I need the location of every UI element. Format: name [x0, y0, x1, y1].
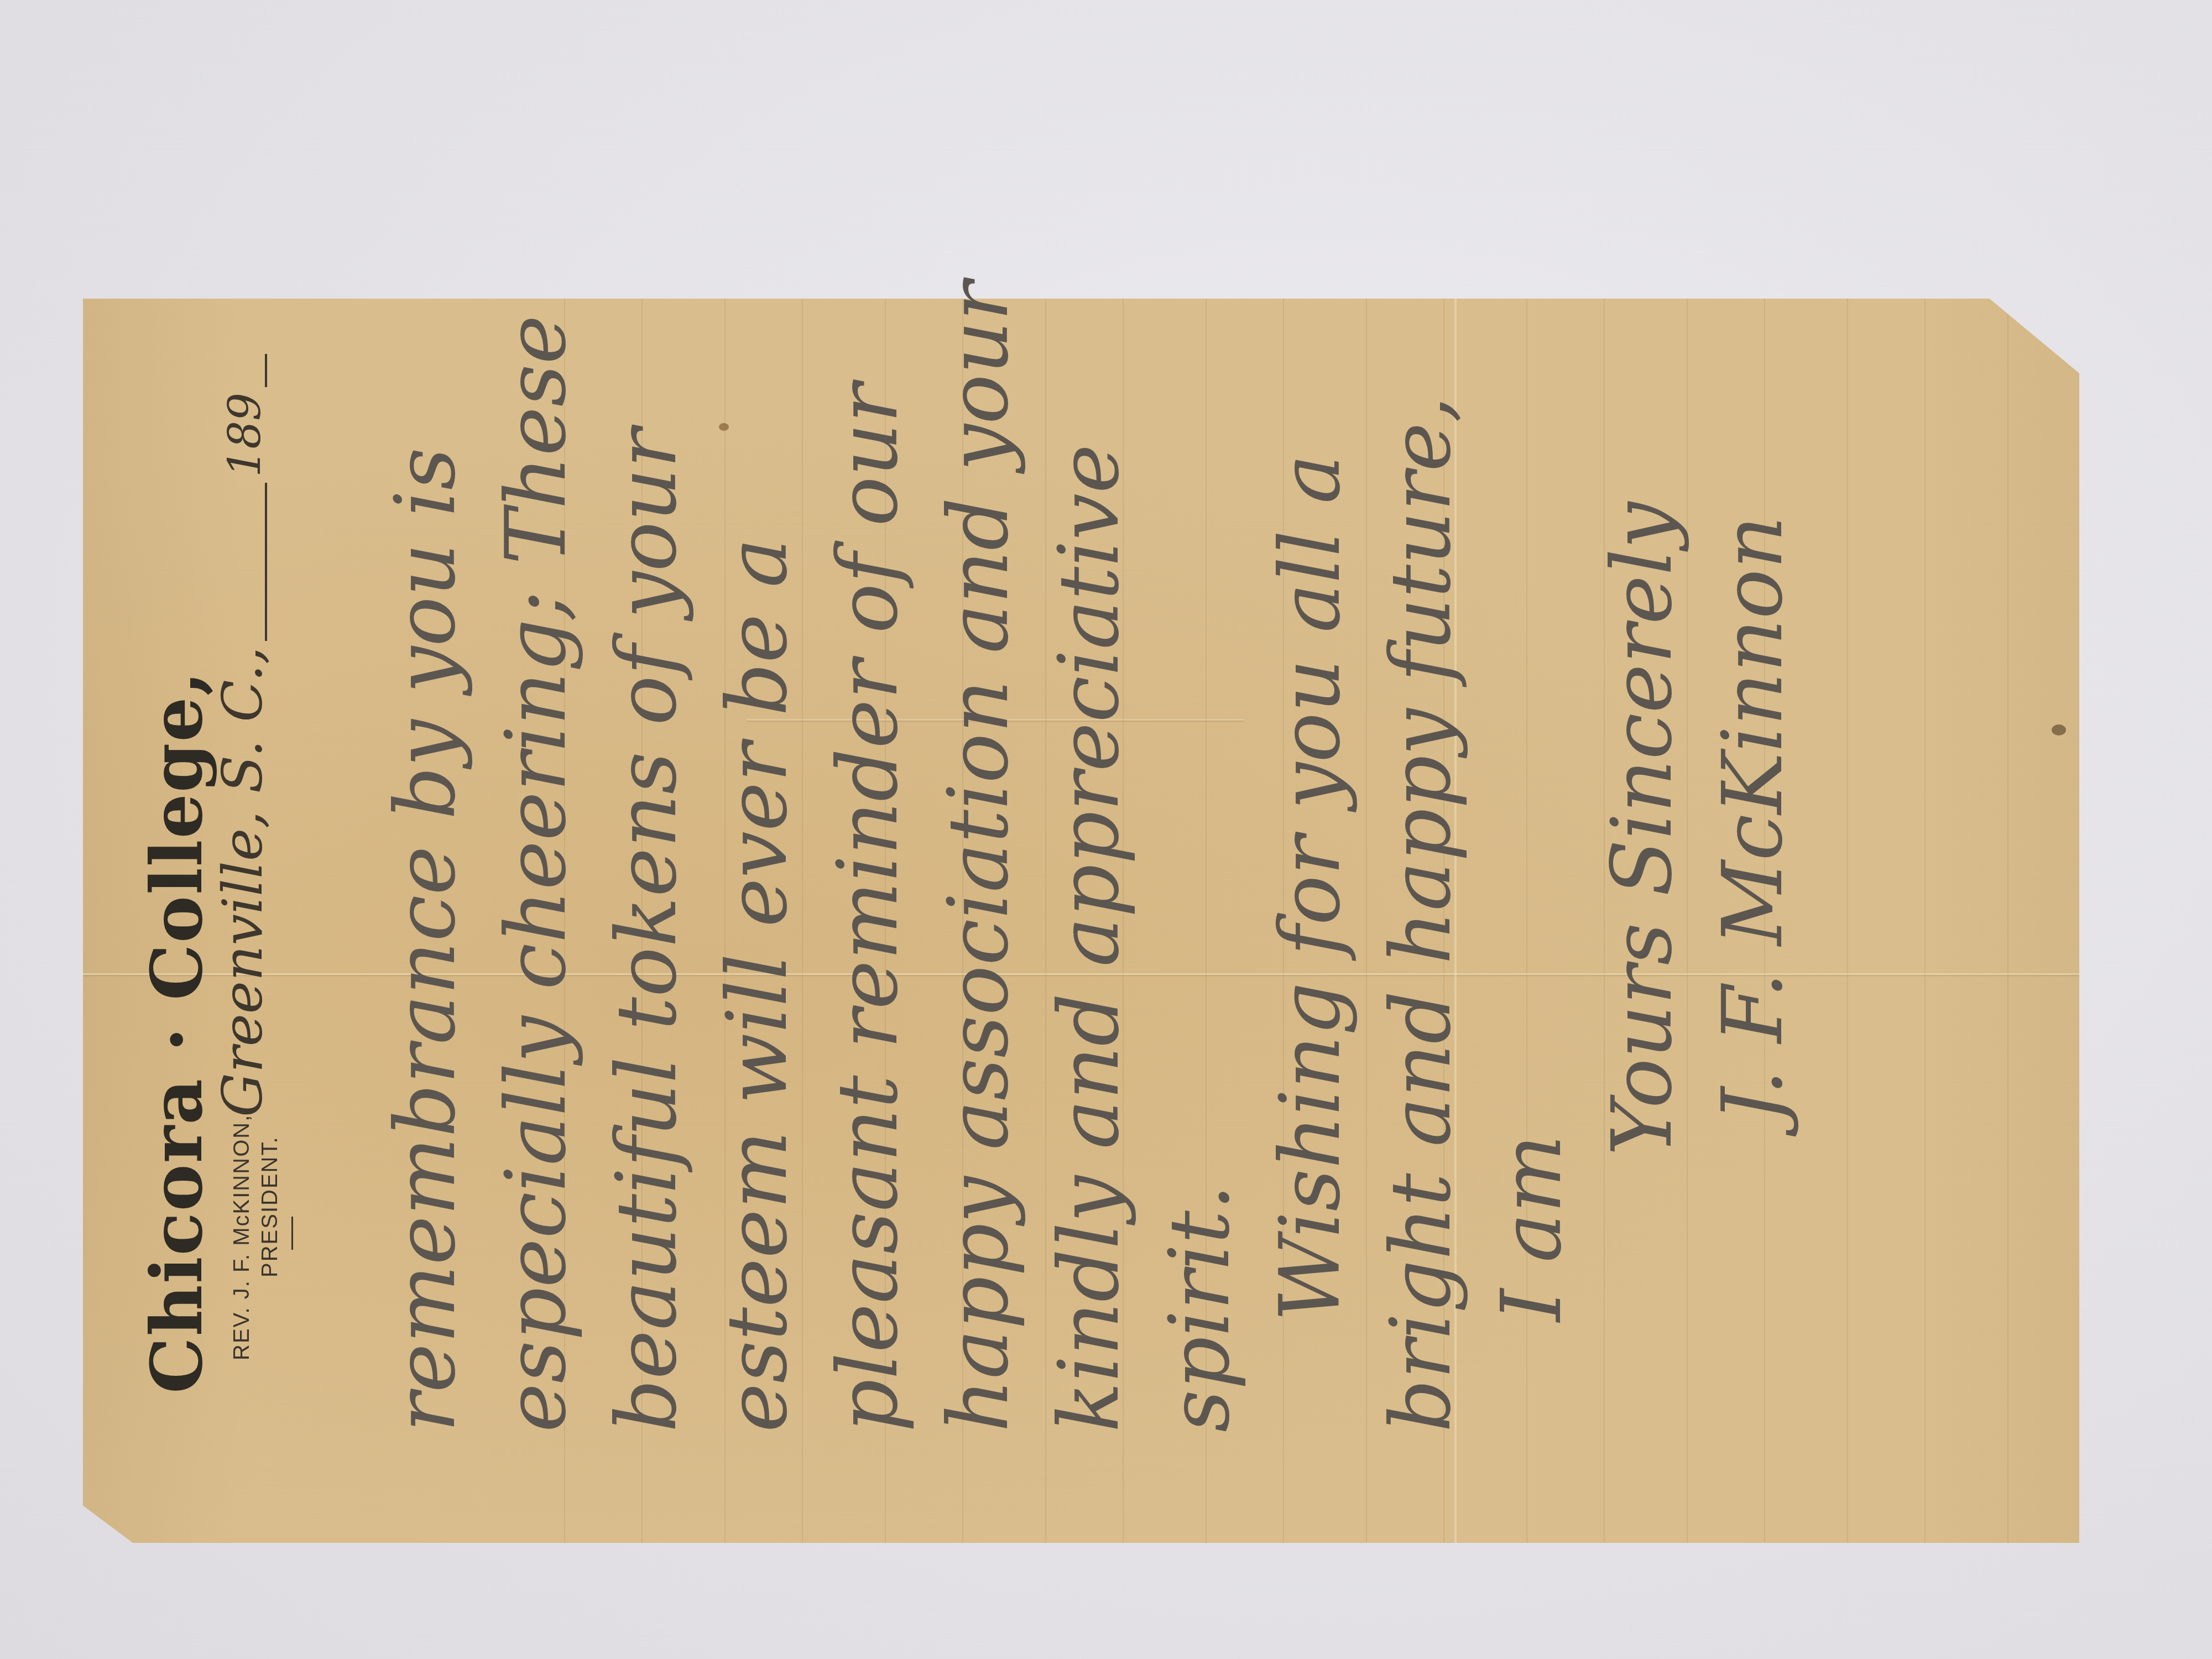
body-line: remembrance by you is — [371, 382, 481, 1432]
letter-content: Chicora · College, REV. J. F. McKINNON, … — [83, 299, 2079, 1543]
date-place: Greenville, S. C., — [210, 646, 275, 1117]
underline-dash — [291, 1217, 293, 1250]
dateline: Greenville, S. C., 189 — [210, 348, 275, 1117]
body-line: bright and happy future, — [1366, 382, 1477, 1432]
date-blank — [265, 483, 267, 641]
letter-body: remembrance by you is especially cheerin… — [371, 382, 1808, 1432]
body-line: beautiful tokens of your — [592, 382, 702, 1432]
body-line: pleasant reminder of our — [813, 382, 924, 1432]
body-line: happy association and your — [924, 382, 1034, 1432]
body-line: kindly and appreciative — [1034, 382, 1145, 1432]
body-line: I am — [1477, 382, 1587, 1432]
signature: J. F. McKinnon — [1698, 382, 1808, 1432]
body-line: especially cheering; These — [481, 382, 592, 1432]
institution-name: Chicora · College, — [135, 670, 218, 1394]
date-year-prefix: 189 — [219, 393, 270, 477]
year-blank — [265, 354, 267, 387]
body-line: Wishing for you all a — [1255, 382, 1366, 1432]
body-line: esteem will ever be a — [702, 382, 813, 1432]
closing: Yours Sincerely — [1587, 382, 1698, 1432]
body-line: spirit. — [1145, 382, 1255, 1432]
